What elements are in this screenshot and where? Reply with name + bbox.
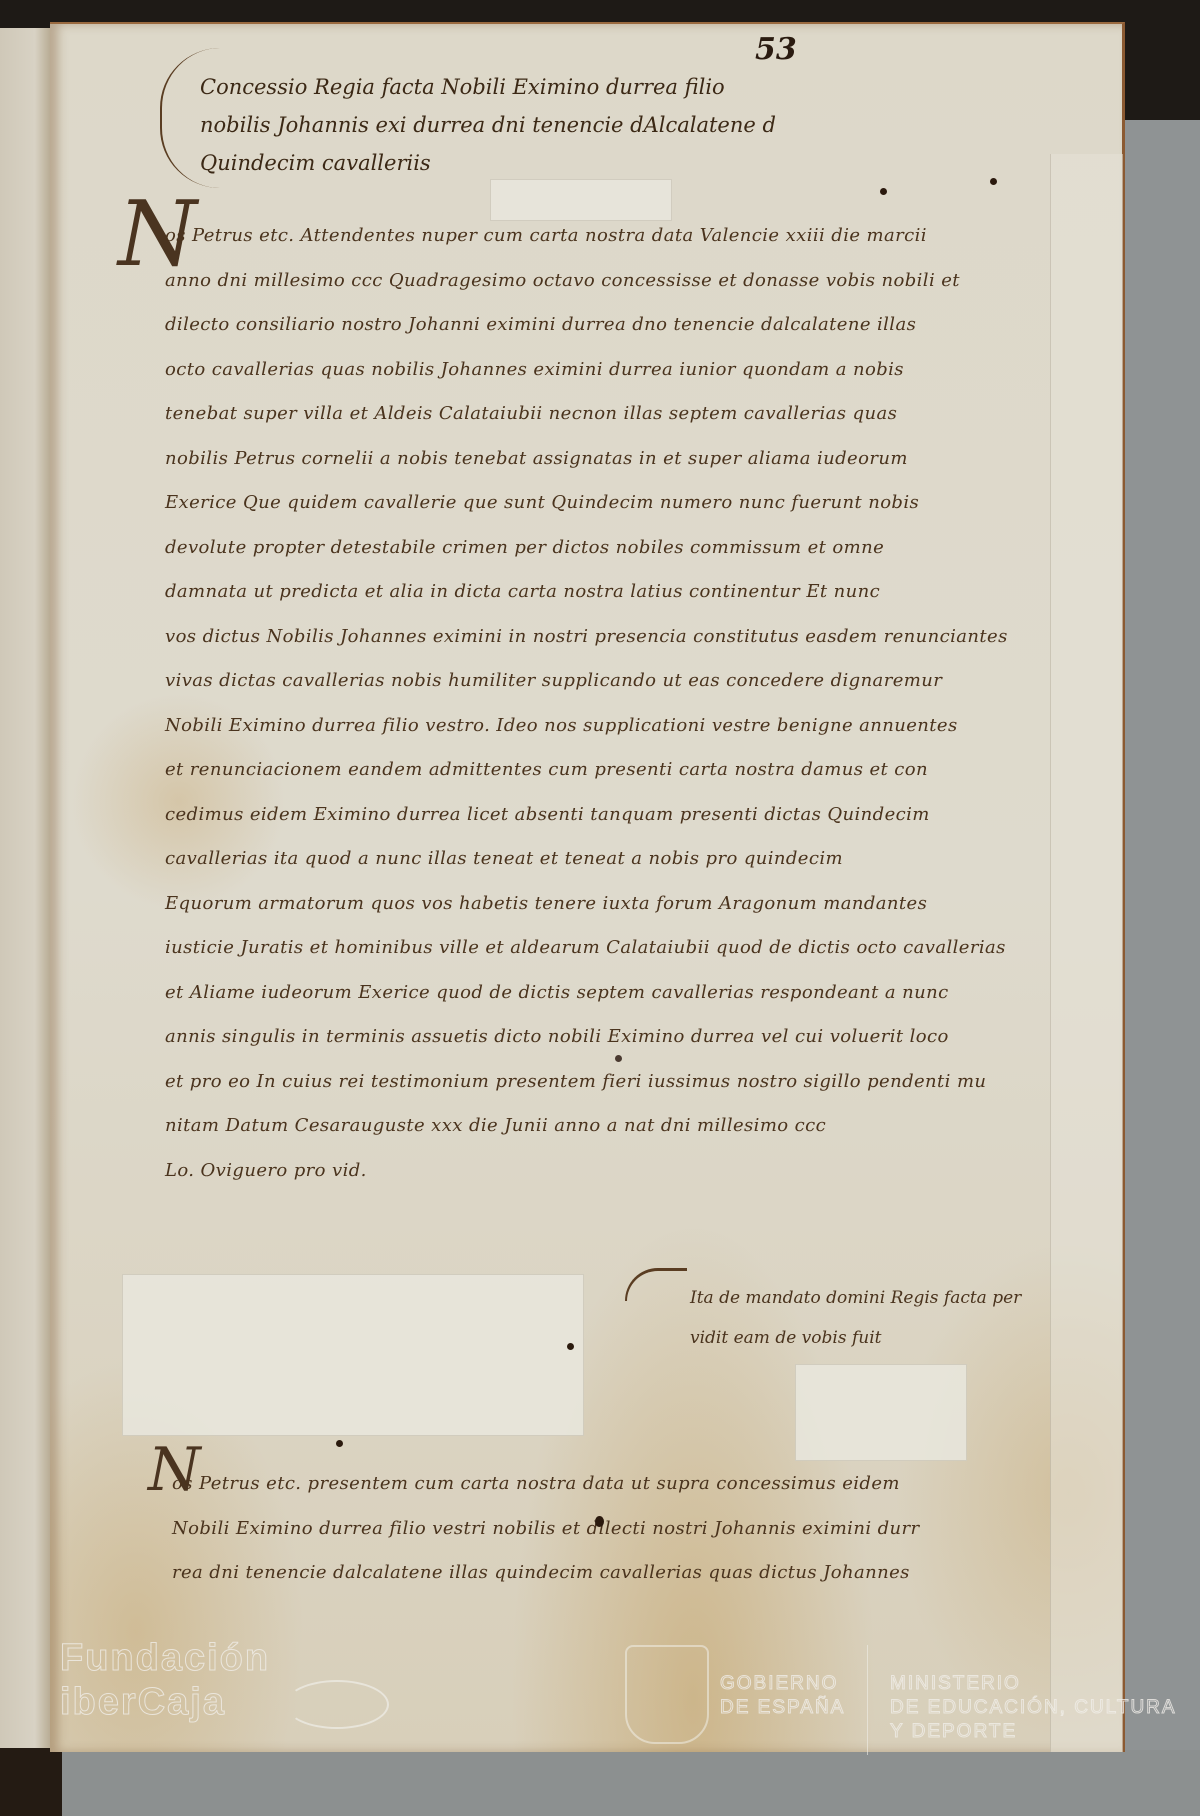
text-line: Equorum armatorum quos vos habetis tener… bbox=[165, 882, 1008, 927]
watermark-ministerio: MINISTERIO DE EDUCACIÓN, CULTURA Y DEPOR… bbox=[890, 1672, 1177, 1744]
document-rubric: Concessio Regia facta Nobili Eximino dur… bbox=[200, 68, 920, 182]
paper-repair-patch bbox=[122, 1274, 584, 1436]
subscription-line: vidit eam de vobis fuit bbox=[690, 1318, 1021, 1358]
ink-spot bbox=[990, 178, 997, 185]
spain-coat-of-arms-icon bbox=[625, 1645, 709, 1744]
text-line: cedimus eidem Eximino durrea licet absen… bbox=[165, 793, 1008, 838]
ink-spot bbox=[880, 188, 887, 195]
text-line: Exerice Que quidem cavallerie que sunt Q… bbox=[165, 481, 1008, 526]
text-line: Nobili Eximino durrea filio vestro. Ideo… bbox=[165, 704, 1008, 749]
main-text-block: os Petrus etc. Attendentes nuper cum car… bbox=[165, 214, 1008, 1193]
watermark-gobierno: GOBIERNO DE ESPAÑA bbox=[720, 1672, 845, 1720]
text-line: nitam Datum Cesarauguste xxx die Junii a… bbox=[165, 1104, 1008, 1149]
subscription-line: Ita de mandato domini Regis facta per bbox=[690, 1278, 1021, 1318]
text-line: Nobili Eximino durrea filio vestri nobil… bbox=[172, 1507, 920, 1552]
ibercaja-logo-icon bbox=[285, 1680, 389, 1729]
ink-spot bbox=[336, 1440, 343, 1447]
ink-spot bbox=[615, 1055, 622, 1062]
text-line: anno dni millesimo ccc Quadragesimo octa… bbox=[165, 259, 1008, 304]
text-line: os Petrus etc. Attendentes nuper cum car… bbox=[165, 214, 1008, 259]
watermark-divider bbox=[867, 1645, 868, 1755]
text-line: annis singulis in terminis assuetis dict… bbox=[165, 1015, 1008, 1060]
text-line: iusticie Juratis et hominibus ville et a… bbox=[165, 926, 1008, 971]
watermark-fundacion-ibercaja: Fundación iberCaja bbox=[60, 1636, 270, 1724]
text-line: rea dni tenencie dalcalatene illas quind… bbox=[172, 1551, 920, 1596]
text-line: Lo. Oviguero pro vid. bbox=[165, 1149, 1008, 1194]
text-line: et renunciacionem eandem admittentes cum… bbox=[165, 748, 1008, 793]
text-line: devolute propter detestabile crimen per … bbox=[165, 526, 1008, 571]
second-text-block: os Petrus etc. presentem cum carta nostr… bbox=[172, 1462, 920, 1596]
rubric-line: Concessio Regia facta Nobili Eximino dur… bbox=[200, 68, 920, 106]
text-line: nobilis Petrus cornelii a nobis tenebat … bbox=[165, 437, 1008, 482]
text-line: dilecto consiliario nostro Johanni eximi… bbox=[165, 303, 1008, 348]
text-line: et pro eo In cuius rei testimonium prese… bbox=[165, 1060, 1008, 1105]
paper-repair-patch bbox=[795, 1364, 967, 1461]
text-line: octo cavallerias quas nobilis Johannes e… bbox=[165, 348, 1008, 393]
facing-page-edge bbox=[0, 28, 52, 1748]
ink-spot bbox=[567, 1343, 574, 1350]
text-line: et Aliame iudeorum Exerice quod de dicti… bbox=[165, 971, 1008, 1016]
text-line: vivas dictas cavallerias nobis humiliter… bbox=[165, 659, 1008, 704]
text-line: damnata ut predicta et alia in dicta car… bbox=[165, 570, 1008, 615]
text-line: os Petrus etc. presentem cum carta nostr… bbox=[172, 1462, 920, 1507]
text-line: tenebat super villa et Aldeis Calataiubi… bbox=[165, 392, 1008, 437]
text-line: cavallerias ita quod a nunc illas teneat… bbox=[165, 837, 1008, 882]
text-line: vos dictus Nobilis Johannes eximini in n… bbox=[165, 615, 1008, 660]
scanner-background-bottom bbox=[60, 1750, 1200, 1816]
ink-spot bbox=[595, 1516, 604, 1527]
chancery-subscription: Ita de mandato domini Regis facta per vi… bbox=[690, 1278, 1021, 1358]
folio-number: 53 bbox=[755, 32, 797, 67]
rubric-line: nobilis Johannis exi durrea dni tenencie… bbox=[200, 106, 920, 144]
rubric-line: Quindecim cavalleriis bbox=[200, 144, 920, 182]
